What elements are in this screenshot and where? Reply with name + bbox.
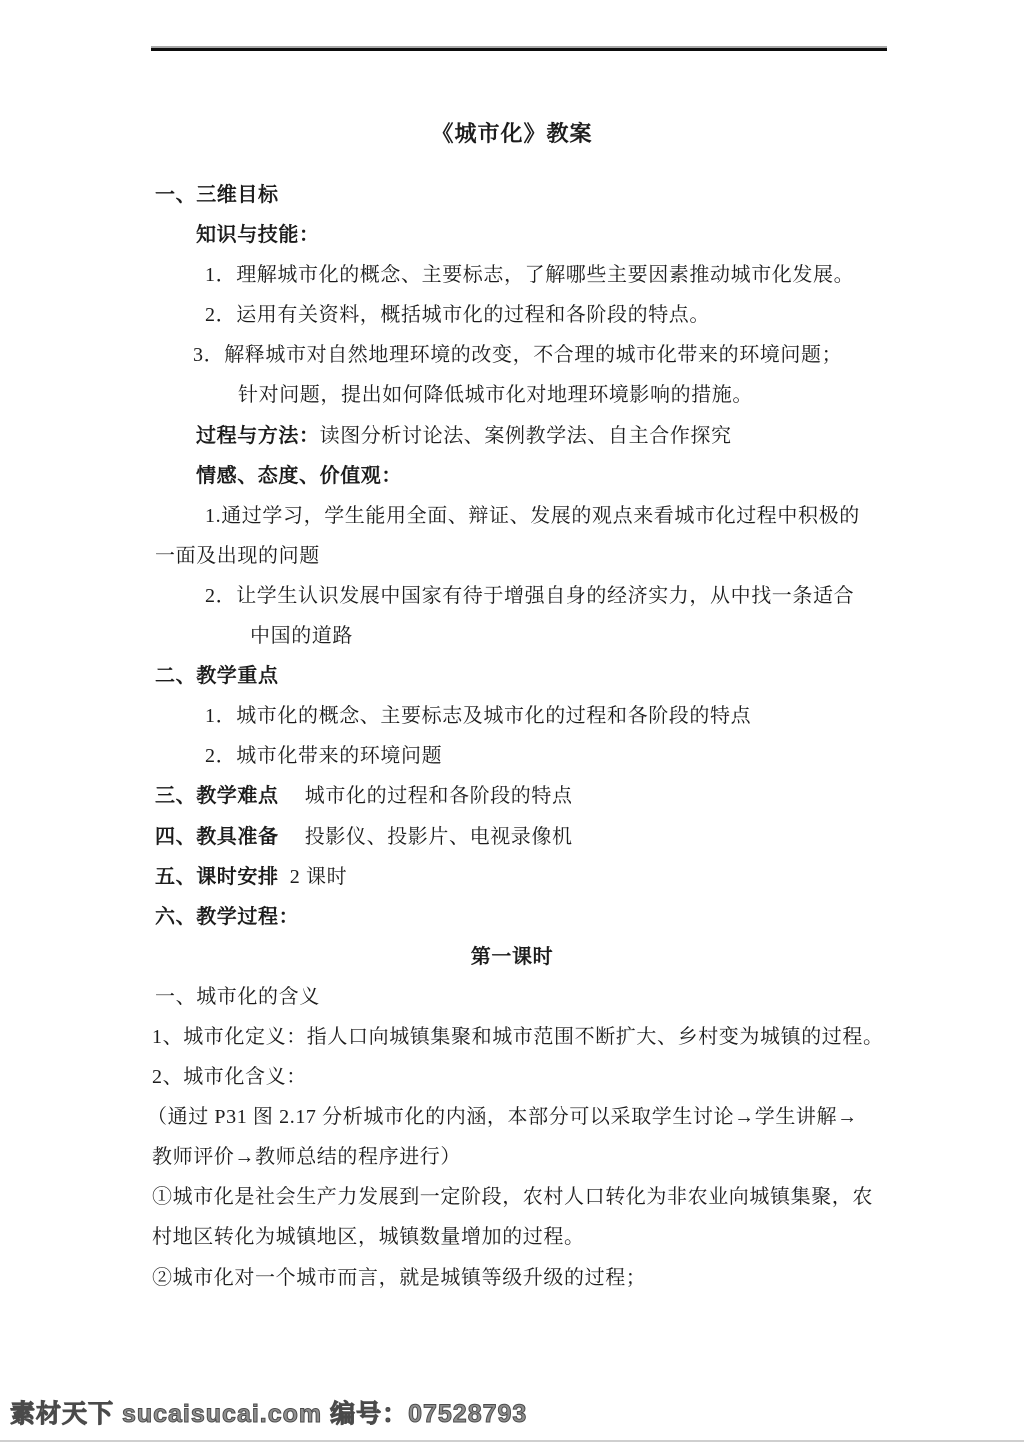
text-segment: 六、教学过程： (155, 906, 299, 928)
text-line: 知识与技能： (0, 215, 1024, 255)
text-line: 过程与方法：读图分析讨论法、案例教学法、自主合作探究 (0, 416, 1024, 456)
text-segment: 2．城市化带来的环境问题 (205, 745, 442, 767)
text-line: 二、教学重点 (0, 656, 1024, 696)
text-segment: 投影仪、投影片、电视录像机 (279, 826, 573, 848)
text-segment: 1.通过学习，学生能用全面、辩证、发展的观点来看城市化过程中积极的 (205, 505, 860, 527)
text-segment: 三、教学难点 (155, 785, 279, 807)
document-title: 《城市化》教案 (0, 117, 1024, 148)
text-segment: 情感、态度、价值观： (196, 465, 402, 487)
text-segment: 1．理解城市化的概念、主要标志，了解哪些主要因素推动城市化发展。 (205, 264, 854, 286)
text-segment: 一、三维目标 (155, 184, 279, 206)
text-segment: 2．运用有关资料，概括城市化的过程和各阶段的特点。 (205, 304, 710, 326)
text-segment: 教师评价→教师总结的程序进行） (152, 1146, 461, 1168)
text-segment: 2．让学生认识发展中国家有待于增强自身的经济实力，从中找一条适合 (205, 585, 854, 607)
text-segment: 1．城市化的概念、主要标志及城市化的过程和各阶段的特点 (205, 705, 751, 727)
text-line: 三、教学难点 城市化的过程和各阶段的特点 (0, 776, 1024, 816)
document-body: 一、三维目标知识与技能：1．理解城市化的概念、主要标志，了解哪些主要因素推动城市… (0, 175, 1024, 1298)
text-line: 2．城市化带来的环境问题 (0, 736, 1024, 776)
text-segment: 知识与技能： (196, 224, 320, 246)
text-line: （通过 P31 图 2.17 分析城市化的内涵，本部分可以采取学生讨论→学生讲解… (0, 1097, 1024, 1137)
text-segment: 1、城市化定义：指人口向城镇集聚和城市范围不断扩大、乡村变为城镇的过程。 (152, 1026, 884, 1048)
text-line: 五、课时安排 2 课时 (0, 857, 1024, 897)
text-line: ①城市化是社会生产力发展到一定阶段，农村人口转化为非农业向城镇集聚，农 (0, 1177, 1024, 1217)
text-line: 2．让学生认识发展中国家有待于增强自身的经济实力，从中找一条适合 (0, 576, 1024, 616)
text-segment: （通过 P31 图 2.17 分析城市化的内涵，本部分可以采取学生讨论→学生讲解… (147, 1106, 858, 1128)
text-line: ②城市化对一个城市而言，就是城镇等级升级的过程； (0, 1258, 1024, 1298)
text-segment: 针对问题，提出如何降低城市化对地理环境影响的措施。 (238, 384, 753, 406)
text-segment: 3．解释城市对自然地理环境的改变，不合理的城市化带来的环境问题； (193, 344, 842, 366)
document-page: 《城市化》教案 一、三维目标知识与技能：1．理解城市化的概念、主要标志，了解哪些… (0, 0, 1024, 1442)
text-segment: 一面及出现的问题 (155, 545, 320, 567)
text-line: 中国的道路 (0, 616, 1024, 656)
text-line: 1．城市化的概念、主要标志及城市化的过程和各阶段的特点 (0, 696, 1024, 736)
text-segment: 二、教学重点 (155, 665, 279, 687)
text-segment: 五、课时安排 (155, 866, 279, 888)
text-segment: 城市化的过程和各阶段的特点 (279, 785, 573, 807)
text-line: 1．理解城市化的概念、主要标志，了解哪些主要因素推动城市化发展。 (0, 255, 1024, 295)
text-line: 一、三维目标 (0, 175, 1024, 215)
text-line: 村地区转化为城镇地区，城镇数量增加的过程。 (0, 1217, 1024, 1257)
text-segment: 四、教具准备 (155, 826, 279, 848)
text-line: 一面及出现的问题 (0, 536, 1024, 576)
text-line: 2．运用有关资料，概括城市化的过程和各阶段的特点。 (0, 295, 1024, 335)
text-line: 第一课时 (0, 937, 1024, 977)
text-segment: ②城市化对一个城市而言，就是城镇等级升级的过程； (152, 1267, 646, 1289)
text-segment: 过程与方法： (196, 425, 320, 447)
top-rule-black-line (151, 48, 887, 51)
text-segment: 一、城市化的含义 (155, 986, 320, 1008)
text-segment: 2、城市化含义： (152, 1066, 307, 1088)
text-line: 教师评价→教师总结的程序进行） (0, 1137, 1024, 1177)
text-segment: 读图分析讨论法、案例教学法、自主合作探究 (320, 425, 732, 447)
text-segment: 2 课时 (279, 866, 348, 888)
text-line: 1.通过学习，学生能用全面、辩证、发展的观点来看城市化过程中积极的 (0, 496, 1024, 536)
text-line: 四、教具准备 投影仪、投影片、电视录像机 (0, 817, 1024, 857)
top-rule-divider (151, 46, 887, 54)
text-segment: 村地区转化为城镇地区，城镇数量增加的过程。 (152, 1226, 585, 1248)
text-line: 一、城市化的含义 (0, 977, 1024, 1017)
text-line: 1、城市化定义：指人口向城镇集聚和城市范围不断扩大、乡村变为城镇的过程。 (0, 1017, 1024, 1057)
text-line: 针对问题，提出如何降低城市化对地理环境影响的措施。 (0, 375, 1024, 415)
text-line: 2、城市化含义： (0, 1057, 1024, 1097)
text-line: 情感、态度、价值观： (0, 456, 1024, 496)
text-line: 3．解释城市对自然地理环境的改变，不合理的城市化带来的环境问题； (0, 335, 1024, 375)
text-segment: 中国的道路 (250, 625, 353, 647)
text-segment: 第一课时 (471, 946, 553, 968)
watermark: 素材天下 sucaisucai.com 编号：07528793 (10, 1394, 527, 1430)
text-segment: ①城市化是社会生产力发展到一定阶段，农村人口转化为非农业向城镇集聚，农 (152, 1186, 873, 1208)
text-line: 六、教学过程： (0, 897, 1024, 937)
